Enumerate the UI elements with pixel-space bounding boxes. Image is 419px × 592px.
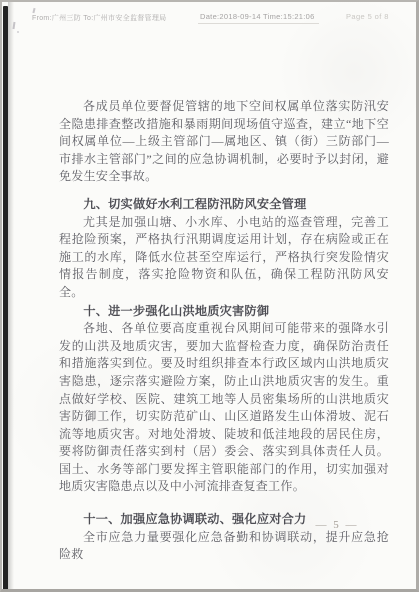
- paragraph-underground-space: 各成员单位要督促管辖的地下空间权属单位落实防汛安全隐患排查整改措施和暴雨期间现场…: [59, 98, 389, 186]
- scanned-document-page: From:广州三防 To:广州市安全监督管理局 Date:2018-09-14 …: [0, 0, 419, 592]
- scan-edge-shadow: [8, 2, 14, 589]
- page-number-footer: — 5 —: [302, 519, 372, 531]
- fax-datetime-label: Date:2018-09-14 Time:15:21:06: [198, 12, 319, 24]
- paragraph-section-10: 各地、各单位要高度重视台风期间可能带来的强降水引发的山洪及地质灾害，要加大监督检…: [59, 320, 389, 496]
- fax-from-to-label: From:广州三防 To:广州市安全监督管理局: [32, 13, 166, 23]
- paragraph-section-9: 尤其是加强山塘、小水库、小电站的巡查管理，完善工程抢险预案，严格执行汛期调度运用…: [59, 214, 389, 302]
- section-heading-9: 九、切实做好水利工程防汛防风安全管理: [59, 196, 389, 214]
- section-heading-10: 十、进一步强化山洪地质灾害防御: [59, 303, 389, 321]
- fax-transmission-header: From:广州三防 To:广州市安全监督管理局 Date:2018-09-14 …: [2, 12, 416, 26]
- document-body: 各成员单位要督促管辖的地下空间权属单位落实防汛安全隐患排查整改措施和暴雨期间现场…: [59, 98, 389, 564]
- fax-page-count-label: Page 5 of 8: [346, 12, 389, 21]
- paragraph-section-11: 全市应急力量要强化应急备勤和协调联动，提升应急抢险救: [59, 529, 389, 564]
